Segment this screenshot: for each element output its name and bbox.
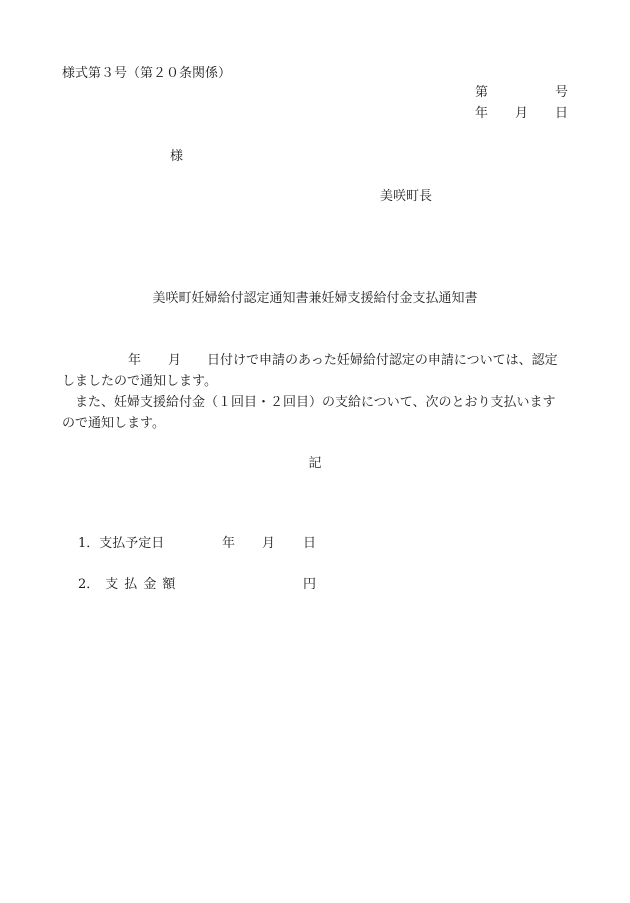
item-2-char-3: 金 — [143, 578, 156, 591]
body-line-2: しましたので通知します。 — [62, 371, 580, 392]
item-1-month: 月 — [262, 537, 275, 550]
issue-date-day: 日 — [555, 107, 568, 120]
form-number: 様式第３号（第２０条関係） — [62, 67, 231, 80]
item-1-day: 日 — [303, 537, 316, 550]
ki-heading: 記 — [0, 457, 630, 470]
body-line-3-text: また、妊婦支援給付金（１回目・２回目）の支給について、次のとおり支払います — [75, 395, 555, 410]
recipient-honorific: 様 — [170, 150, 183, 163]
body-month: 月 — [168, 353, 181, 368]
body-line-1-text: 日付けで申請のあった妊婦給付認定の申請については、認定 — [207, 353, 558, 368]
item-1-number: 1． — [78, 536, 99, 551]
item-2-label: 2．支払金額 — [78, 578, 181, 591]
issue-date-month: 月 — [515, 107, 528, 120]
doc-number-suffix: 号 — [555, 86, 568, 99]
item-1-label: 1．支払予定日 — [78, 537, 164, 550]
issue-date-year: 年 — [475, 107, 488, 120]
body-line-4: ので通知します。 — [62, 413, 580, 434]
doc-number-prefix: 第 — [475, 86, 488, 99]
item-1-text: 支払予定日 — [99, 536, 164, 551]
body-year: 年 — [128, 353, 141, 368]
item-2-char-1: 支 — [105, 578, 118, 591]
item-2-char-2: 払 — [124, 578, 137, 591]
document-title: 美咲町妊婦給付認定通知書兼妊婦支援給付金支払通知書 — [0, 292, 630, 305]
body-line-1: 年月日付けで申請のあった妊婦給付認定の申請については、認定 — [62, 350, 580, 371]
item-2-unit: 円 — [303, 578, 316, 591]
item-2-number: 2． — [78, 578, 99, 591]
body-paragraph: 年月日付けで申請のあった妊婦給付認定の申請については、認定 しましたので通知しま… — [62, 350, 580, 434]
item-2-char-4: 額 — [162, 578, 175, 591]
body-line-3: また、妊婦支援給付金（１回目・２回目）の支給について、次のとおり支払います — [62, 392, 580, 413]
item-1-year: 年 — [222, 537, 235, 550]
issuer-name: 美咲町長 — [380, 190, 432, 203]
